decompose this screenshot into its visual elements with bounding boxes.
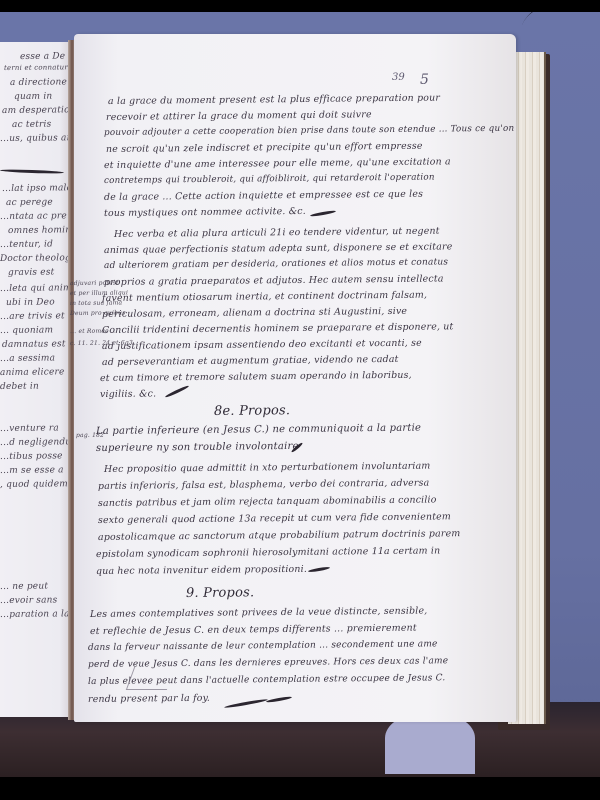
text-line: Hec verba et alia plura articuli 21i eo …	[114, 226, 440, 240]
proposition-heading: 8e. Propos.	[214, 403, 290, 419]
left-line: Doctor theolog	[0, 253, 70, 264]
left-line: ...m se esse a	[0, 465, 64, 476]
left-line: ... quoniam	[0, 325, 53, 336]
text-line: qua hec nota invenitur eidem proposition…	[96, 564, 307, 577]
end-flourish	[308, 566, 330, 573]
text-line: proprios a gratia praeparatos et adjutos…	[104, 273, 444, 288]
left-page: esse a De terni et connaturaliter a dire…	[0, 42, 70, 717]
end-flourish	[266, 696, 292, 703]
text-line: et reflechie de Jesus C. en deux temps d…	[90, 623, 417, 637]
left-line: ac perege	[6, 198, 53, 208]
signature-mark	[126, 667, 175, 690]
text-line: a la grace du moment present est la plus…	[108, 93, 440, 107]
left-line: ...are trivis et	[0, 311, 65, 322]
text-line: Hec propositio quae admittit in xto pert…	[104, 461, 431, 475]
end-flourish	[224, 698, 268, 709]
left-line: omnes homin	[8, 225, 70, 236]
text-line: Les ames contemplatives sont privees de …	[90, 605, 428, 620]
end-flourish	[310, 210, 336, 217]
text-line: pouvoir adjouter a cette cooperation bie…	[104, 124, 514, 138]
text-line: ad ulteriorem gratiam per desideria, ora…	[104, 257, 448, 271]
text-line: de la grace ... Cette action inquiette e…	[104, 189, 423, 203]
text-line: superieure ny son trouble involontaire	[96, 441, 299, 454]
left-line: ...evoir sans	[0, 595, 58, 606]
text-line: sexto generali quod actione 13a recepit …	[98, 511, 451, 526]
margin-note: c. 11. 21. 24 et 6g3	[70, 339, 133, 347]
margin-note: Deum pro quibus	[70, 309, 126, 317]
photo-scene: esse a De terni et connaturaliter a dire…	[0, 12, 600, 777]
left-line: gravis est	[8, 268, 55, 278]
text-line: favent mentium otiosarum inertia, et con…	[102, 290, 427, 304]
folio-number: 5	[420, 72, 429, 88]
left-line: ...paration a la	[0, 609, 70, 620]
text-line: et inquiette d'une ame interessee pour e…	[104, 156, 451, 171]
text-line: apostolicamque ac sanctorum atque probab…	[98, 528, 461, 543]
text-line: dans la ferveur naissante de leur contem…	[88, 639, 438, 653]
text-line: ad perseverantiam et augmentum gratiae, …	[102, 354, 399, 368]
divider-stroke	[0, 169, 64, 174]
left-line: ...d negligendum	[0, 437, 70, 448]
cloth	[385, 714, 475, 774]
text-line: periculosam, erroneam, alienam a doctrin…	[102, 306, 407, 320]
margin-note: ... et Romae ...	[70, 328, 117, 335]
left-line: ...tentur, id	[0, 239, 53, 250]
left-line: quam in	[14, 92, 53, 102]
right-page: 39 5 a la grace du moment present est la…	[74, 34, 516, 722]
text-line: vigiliis. &c.	[100, 388, 156, 400]
end-flourish	[165, 385, 190, 399]
left-line: ...us, quibus ani	[0, 133, 70, 144]
text-line: epistolam synodicam sophronii hierosolym…	[96, 545, 440, 560]
text-line: contretemps qui troubleroit, qui affoibl…	[104, 173, 435, 186]
left-line: ...venture ra	[0, 423, 59, 434]
left-line: terni et connaturaliter	[4, 63, 70, 72]
folio-number-old: 39	[392, 72, 405, 83]
left-line: ...tibus posse	[0, 451, 63, 462]
left-line: ...lat ipso malo	[2, 183, 70, 194]
left-line: ...a sessima	[0, 353, 55, 364]
margin-note: in tota sua fama	[70, 299, 122, 307]
margin-note: adjuvari potest	[70, 279, 119, 287]
proposition-heading: 9. Propos.	[186, 585, 254, 601]
left-line: esse a De	[20, 52, 65, 62]
left-line: am desperatione	[2, 105, 70, 116]
text-line: rendu present par la foy.	[88, 693, 210, 705]
text-line: animas quae perfectionis statum adepta s…	[104, 241, 453, 256]
left-line: ac tetris	[12, 120, 52, 130]
left-line: a directione	[10, 77, 67, 88]
margin-note: et per illum aliqui	[70, 289, 128, 297]
left-line: ... ne peut	[0, 581, 48, 592]
text-line: ne scroit qu'un zele indiscret et precip…	[106, 141, 423, 155]
text-line: partis inferioris, falsa est, blasphema,…	[98, 478, 430, 492]
left-line: ubi in Deo	[6, 297, 55, 308]
text-line: et cum timore et tremore salutem suam op…	[100, 370, 412, 384]
text-line: recevoir et attirer la grace du moment q…	[106, 109, 372, 123]
left-line: ...leta qui anim	[0, 283, 70, 294]
text-line: Concilii tridentini decernentis hominem …	[102, 321, 454, 336]
text-line: tous mystiques ont nommee activite. &c.	[104, 206, 306, 219]
left-line: , quod quidem	[0, 479, 68, 490]
left-line: debet in	[0, 382, 39, 392]
left-line: damnatus est	[2, 339, 66, 350]
left-line: ...ntata ac pre	[0, 211, 67, 222]
text-line: La partie inferieure (en Jesus C.) ne co…	[96, 423, 421, 437]
left-line: anima elicere	[0, 367, 65, 378]
text-line: sanctis patribus et jam olim rejecta tan…	[98, 494, 437, 509]
text-line: ad justificationem ipsam assentiendo deo…	[102, 338, 422, 352]
